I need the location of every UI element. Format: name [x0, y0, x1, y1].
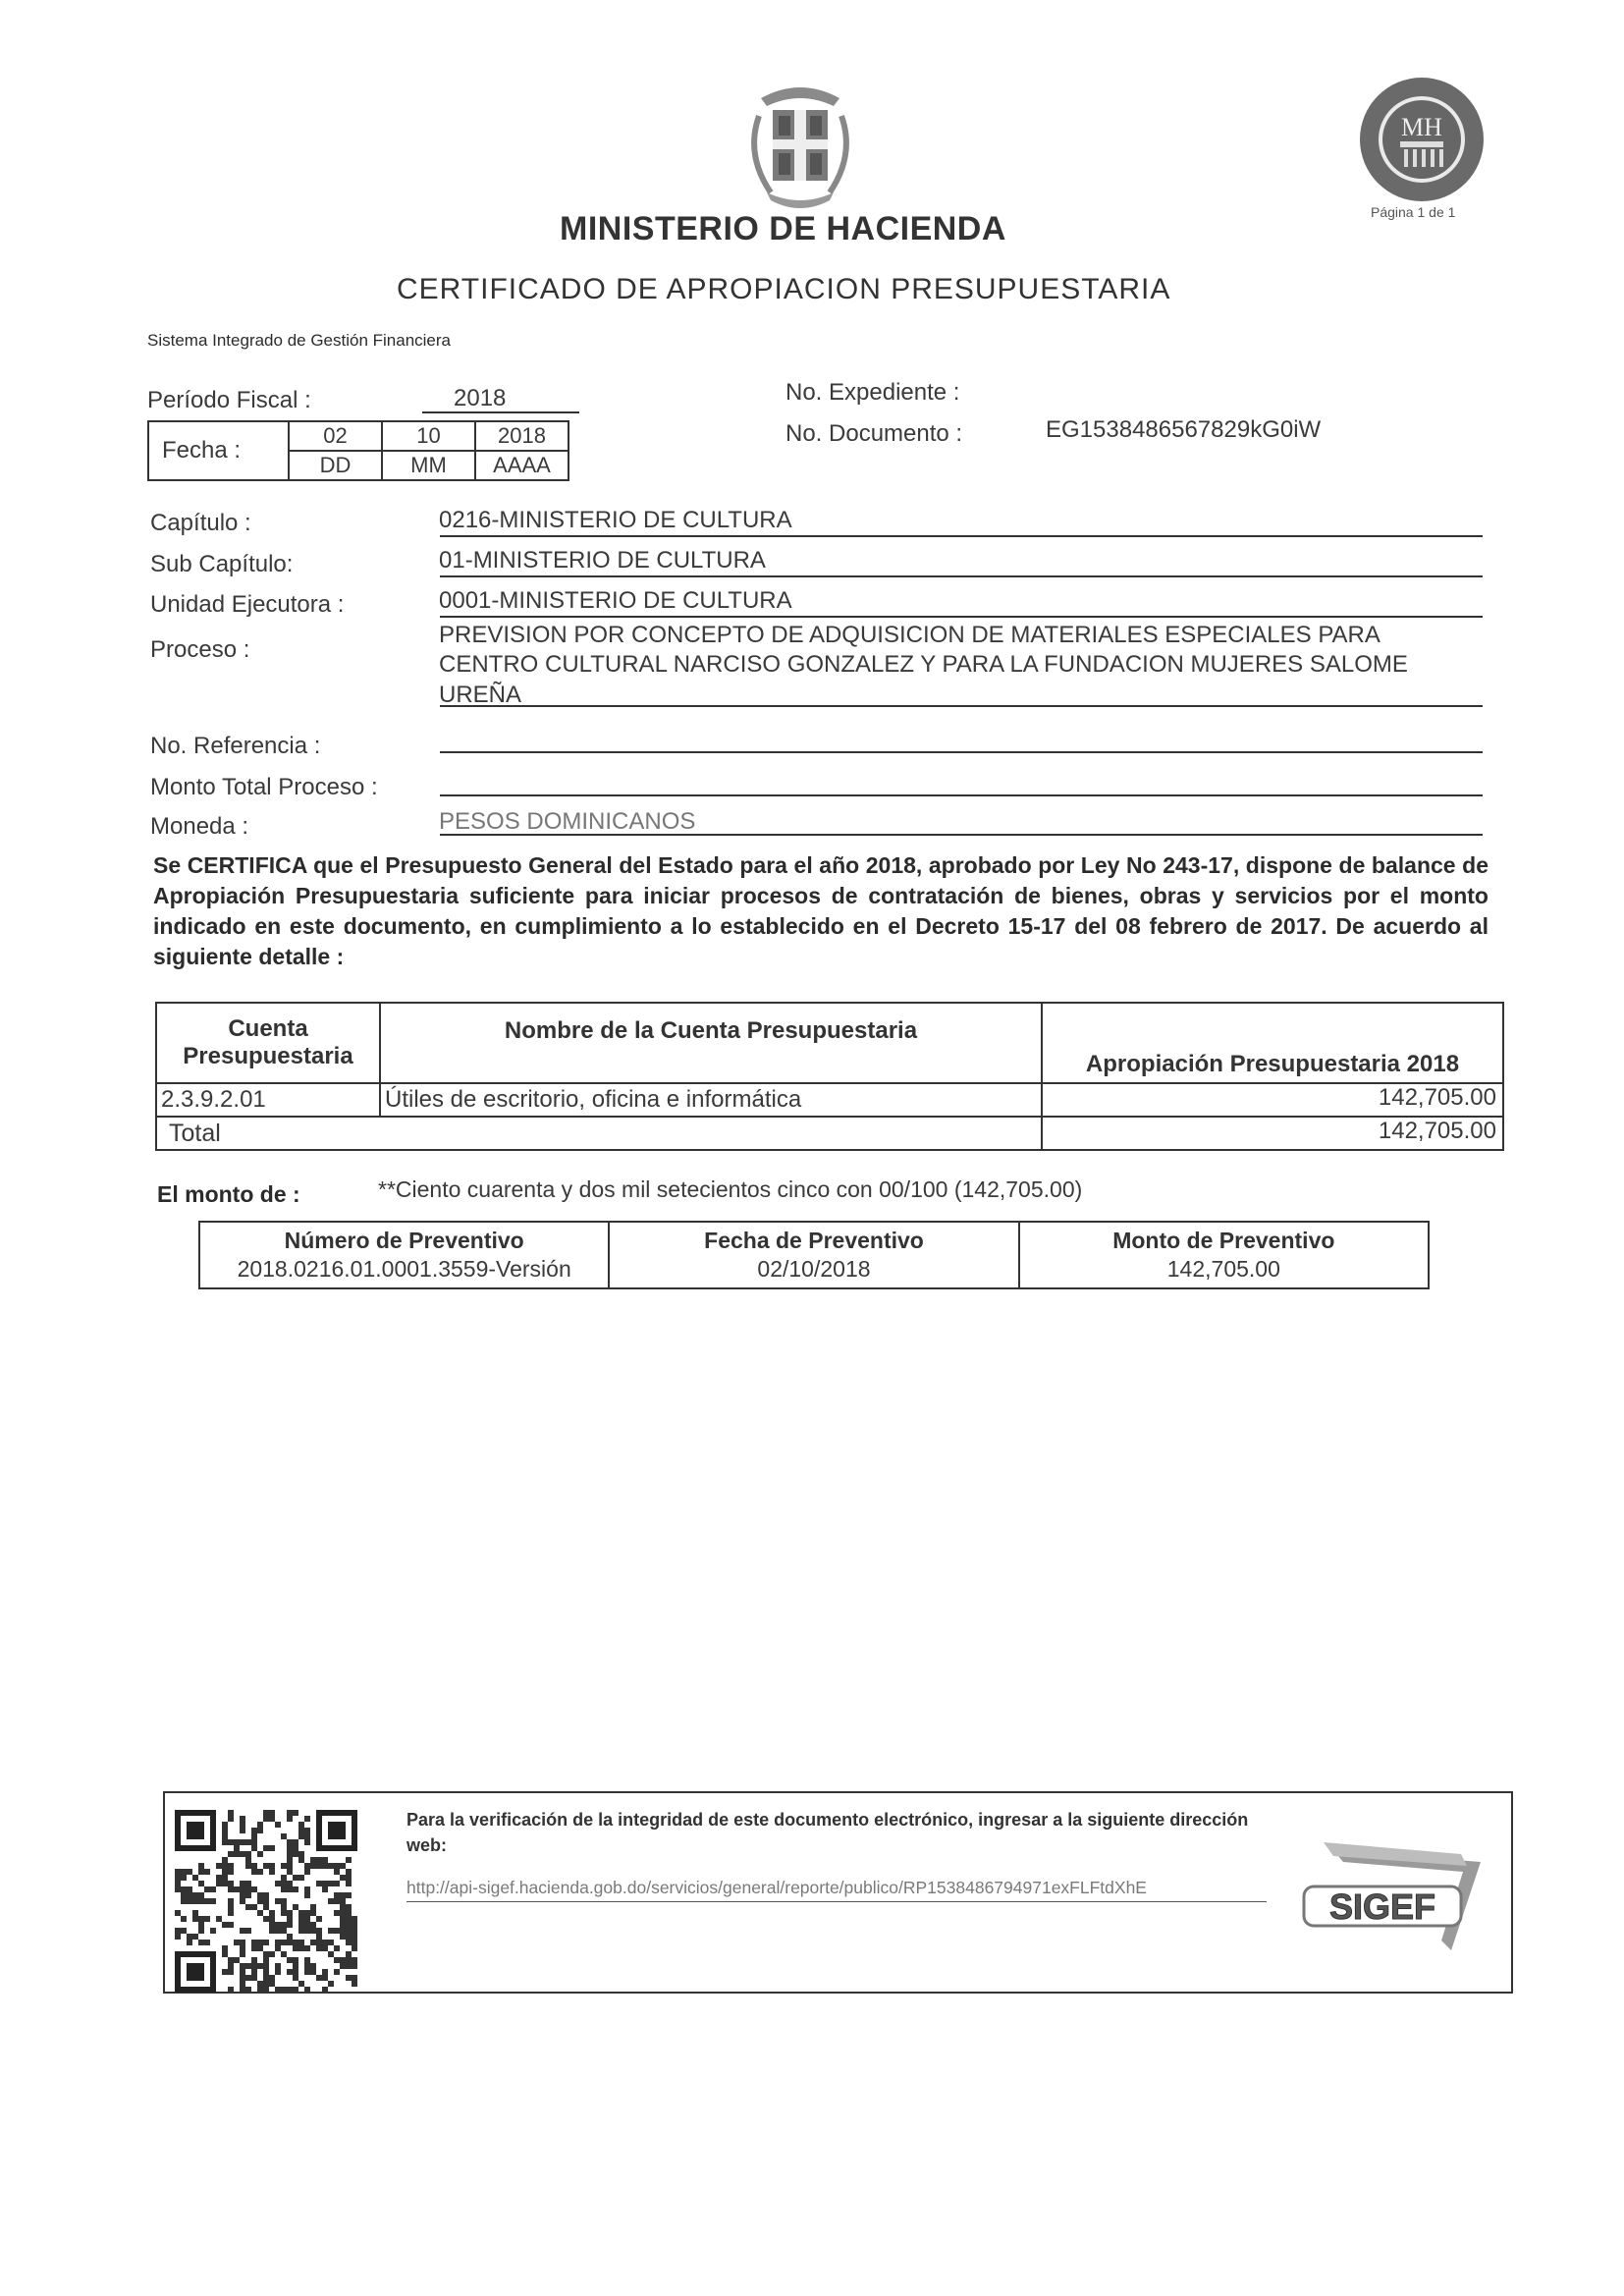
periodo-underline — [422, 411, 579, 413]
preventivo-numero-value: 2018.0216.01.0001.3559-Versión — [200, 1255, 608, 1284]
fecha-label: Fecha : — [148, 421, 289, 480]
moneda-underline — [440, 834, 1483, 836]
monto-total-underline — [440, 794, 1483, 796]
proceso-line-1: PREVISION POR CONCEPTO DE ADQUISICION DE… — [439, 622, 1380, 649]
periodo-fiscal-label: Período Fiscal : — [147, 387, 311, 414]
fecha-month: 10 — [382, 421, 475, 451]
preventivo-monto-header: Monto de Preventivo — [1020, 1227, 1428, 1255]
document-title: CERTIFICADO DE APROPIACION PRESUPUESTARI… — [397, 273, 1170, 306]
unidad-ejecutora-value: 0001-MINISTERIO DE CULTURA — [439, 587, 792, 615]
page-indicator: Página 1 de 1 — [1371, 204, 1455, 220]
total-label: Total — [156, 1117, 1042, 1150]
documento-value: EG1538486567829kG0iW — [1046, 416, 1321, 444]
system-name: Sistema Integrado de Gestión Financiera — [147, 331, 451, 351]
qr-code-icon[interactable] — [175, 1810, 357, 1993]
verification-link[interactable]: http://api-sigef.hacienda.gob.do/servici… — [406, 1878, 1147, 1898]
total-row: Total 142,705.00 — [156, 1117, 1503, 1150]
capitulo-label: Capítulo : — [150, 510, 251, 537]
capitulo-value: 0216-MINISTERIO DE CULTURA — [439, 507, 792, 534]
fecha-year-label: AAAA — [475, 451, 568, 480]
expediente-label: No. Expediente : — [785, 379, 959, 407]
unidad-ejecutora-label: Unidad Ejecutora : — [150, 591, 344, 619]
header-cuenta: Cuenta Presupuestaria — [156, 1003, 380, 1083]
proceso-line-2: CENTRO CULTURAL NARCISO GONZALEZ Y PARA … — [439, 651, 1408, 679]
sub-capitulo-label: Sub Capítulo: — [150, 551, 293, 578]
monto-label: El monto de : — [157, 1181, 300, 1208]
moneda-value: PESOS DOMINICANOS — [439, 808, 695, 836]
sub-capitulo-value: 01-MINISTERIO DE CULTURA — [439, 547, 766, 574]
preventivo-table: Número de Preventivo2018.0216.01.0001.35… — [198, 1221, 1430, 1289]
link-underline — [406, 1901, 1267, 1902]
periodo-fiscal-value: 2018 — [454, 385, 506, 412]
preventivo-fecha-header: Fecha de Preventivo — [610, 1227, 1017, 1255]
row-nombre: Útiles de escritorio, oficina e informát… — [380, 1083, 1042, 1117]
table-row: 2.3.9.2.01 Útiles de escritorio, oficina… — [156, 1083, 1503, 1117]
proceso-label: Proceso : — [150, 636, 249, 664]
certification-statement: Se CERTIFICA que el Presupuesto General … — [153, 850, 1489, 972]
svg-text:MH: MH — [1401, 113, 1442, 141]
monto-in-words: **Ciento cuarenta y dos mil setecientos … — [378, 1176, 1082, 1203]
row-cuenta: 2.3.9.2.01 — [156, 1083, 380, 1117]
proceso-underline — [440, 705, 1483, 707]
sigef-logo-icon: SIGEF — [1294, 1832, 1500, 1960]
sub-capitulo-underline — [440, 575, 1483, 577]
fecha-table: Fecha : 02 10 2018 DD MM AAAA — [147, 420, 569, 481]
fecha-day: 02 — [289, 421, 382, 451]
svg-text:SIGEF: SIGEF — [1329, 1886, 1435, 1927]
coat-of-arms-icon — [731, 77, 869, 224]
documento-label: No. Documento : — [785, 420, 962, 448]
ministry-seal-icon: MH — [1357, 75, 1487, 204]
header-nombre: Nombre de la Cuenta Presupuestaria — [380, 1003, 1042, 1083]
preventivo-monto-value: 142,705.00 — [1020, 1255, 1428, 1284]
referencia-label: No. Referencia : — [150, 733, 320, 760]
fecha-year: 2018 — [475, 421, 568, 451]
header-apropiacion: Apropiación Presupuestaria 2018 — [1042, 1003, 1503, 1083]
budget-detail-table: Cuenta Presupuestaria Nombre de la Cuent… — [155, 1002, 1504, 1151]
preventivo-numero-header: Número de Preventivo — [200, 1227, 608, 1255]
ministry-name: MINISTERIO DE HACIENDA — [560, 210, 1006, 248]
total-value: 142,705.00 — [1042, 1117, 1503, 1150]
moneda-label: Moneda : — [150, 813, 248, 841]
fecha-month-label: MM — [382, 451, 475, 480]
unidad-ejecutora-underline — [440, 616, 1483, 618]
referencia-underline — [440, 751, 1483, 753]
verification-instructions: Para la verificación de la integridad de… — [406, 1807, 1271, 1858]
preventivo-fecha-value: 02/10/2018 — [610, 1255, 1017, 1284]
fecha-day-label: DD — [289, 451, 382, 480]
monto-total-label: Monto Total Proceso : — [150, 774, 378, 801]
capitulo-underline — [440, 535, 1483, 537]
row-monto: 142,705.00 — [1042, 1083, 1503, 1117]
